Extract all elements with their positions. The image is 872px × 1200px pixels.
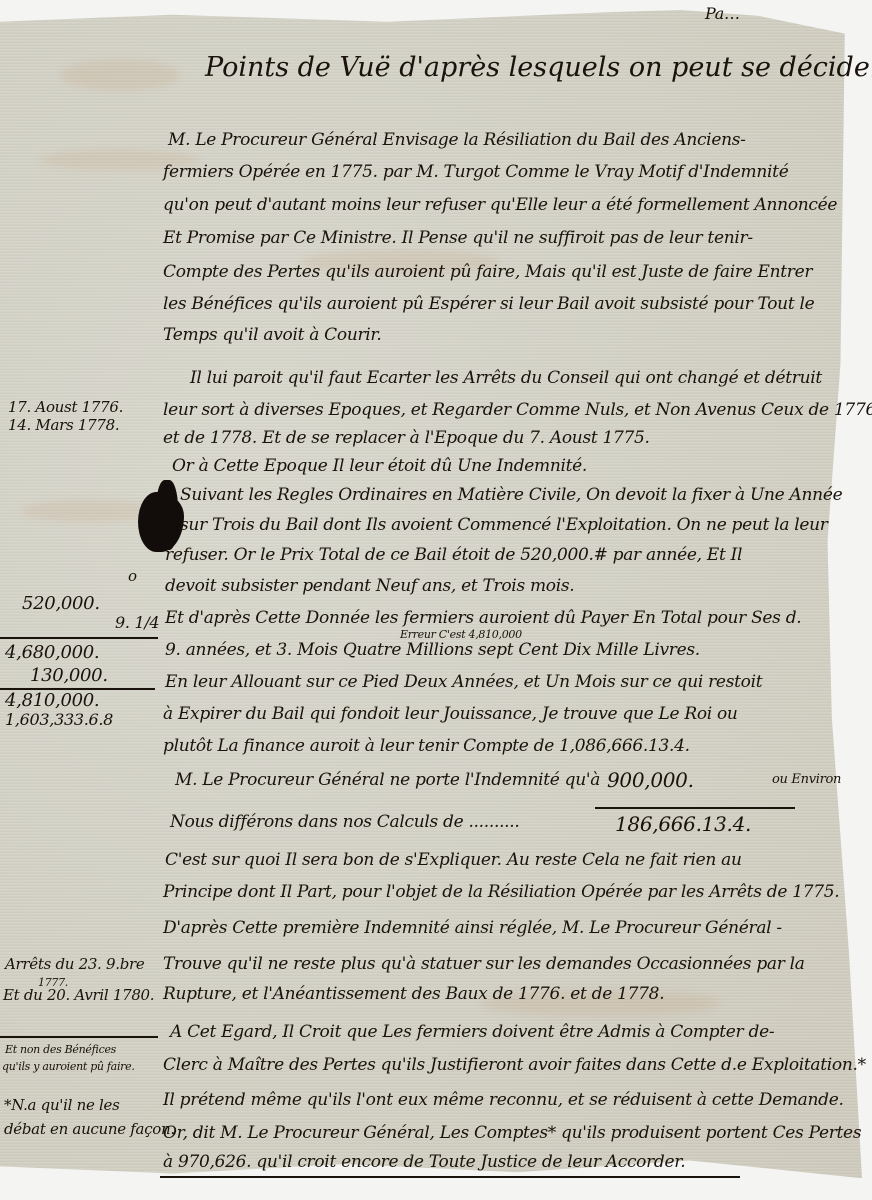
body-line: et de 1778. Et de se replacer à l'Epoque… (163, 428, 650, 448)
difference-amount: 186,666.13.4. (615, 812, 751, 836)
calc-product: 4,680,000. (5, 642, 99, 663)
body-line: 9. années, et 3. Mois Quatre Millions se… (165, 640, 700, 660)
procureur-amount: 900,000. (607, 768, 694, 792)
body-line: qu'on peut d'autant moins leur refuser q… (163, 195, 837, 215)
body-line: refuser. Or le Prix Total de ce Bail éto… (165, 545, 742, 565)
body-line: Trouve qu'il ne reste plus qu'à statuer … (163, 954, 805, 974)
calc-addition: 130,000. (30, 665, 108, 686)
footnote-a: qu'ils y auroient pû faire. (2, 1060, 135, 1073)
body-line: plutôt La finance auroit à leur tenir Co… (163, 736, 690, 756)
body-line: Et Promise par Ce Ministre. Il Pense qu'… (163, 228, 753, 248)
body-line: Il lui paroit qu'il faut Ecarter les Arr… (190, 368, 822, 388)
body-line: M. Le Procureur Général ne porte l'Indem… (175, 770, 600, 790)
body-line: à 970,626. qu'il croit encore de Toute J… (163, 1152, 685, 1172)
body-line: Suivant les Regles Ordinaires en Matière… (180, 485, 842, 505)
margin-date: 17. Aoust 1776. (8, 398, 123, 416)
body-line: Or, dit M. Le Procureur Général, Les Com… (163, 1123, 861, 1143)
body-line: Clerc à Maître des Pertes qu'ils Justifi… (163, 1055, 866, 1075)
closing-underline (160, 1176, 740, 1178)
body-line: Principe dont Il Part, pour l'objet de l… (163, 882, 839, 902)
body-line: fermiers Opérée en 1775. par M. Turgot C… (163, 162, 788, 182)
body-line: Or à Cette Epoque Il leur étoit dû Une I… (172, 456, 587, 476)
body-line: leur sort à diverses Epoques, et Regarde… (163, 400, 872, 420)
calc-total: 4,810,000. (5, 690, 99, 711)
procureur-suffix: ou Environ (772, 772, 841, 787)
sum-rule (595, 807, 795, 809)
margin-arret: Arrêts du 23. 9.bre (5, 955, 144, 973)
manuscript-page (0, 10, 862, 1190)
body-line: A Cet Egard, Il Croit que Les fermiers d… (170, 1022, 774, 1042)
footnote-a: Et non des Bénéfices (5, 1043, 116, 1056)
calc-third: 1,603,333.6.8 (5, 710, 113, 729)
calc-multiplier: 9. 1/4 (115, 613, 159, 632)
body-line: Compte des Pertes qu'ils auroient pû fai… (163, 262, 812, 282)
footnote-b: *N.a qu'il ne les (4, 1096, 119, 1114)
margin-arret: Et du 20. Avril 1780. (3, 986, 154, 1004)
body-line: Rupture, et l'Anéantissement des Baux de… (163, 984, 664, 1004)
margin-date: 14. Mars 1778. (8, 416, 119, 434)
document-title: Points de Vuë d'après lesquels on peut s… (205, 52, 872, 83)
body-line: les Bénéfices qu'ils auroient pû Espérer… (163, 294, 814, 314)
body-line: Il prétend même qu'ils l'ont eux même re… (163, 1090, 844, 1110)
body-line: C'est sur quoi Il sera bon de s'Explique… (165, 850, 742, 870)
margin-circle: o (128, 567, 137, 585)
body-line: devoit subsister pendant Neuf ans, et Tr… (165, 576, 574, 596)
body-line: En leur Allouant sur ce Pied Deux Années… (165, 672, 762, 692)
bleed-through-stain (60, 60, 180, 90)
calc-rule (0, 637, 158, 639)
footnote-rule (0, 1036, 158, 1038)
body-line: Temps qu'il avoit à Courir. (163, 325, 382, 345)
body-line: sur Trois du Bail dont Ils avoient Comme… (180, 515, 828, 535)
body-line: D'après Cette première Indemnité ainsi r… (163, 918, 782, 938)
footnote-b: débat en aucune façon. (4, 1120, 175, 1138)
calc-annual: 520,000. (22, 593, 100, 614)
body-line: à Expirer du Bail qui fondoit leur Jouis… (163, 704, 738, 724)
body-line: Et d'après Cette Donnée les fermiers aur… (165, 608, 801, 628)
body-line: Nous différons dans nos Calculs de .....… (170, 812, 520, 832)
body-line: M. Le Procureur Général Envisage la Rési… (168, 130, 746, 150)
page-mark: Pa… (705, 4, 740, 23)
